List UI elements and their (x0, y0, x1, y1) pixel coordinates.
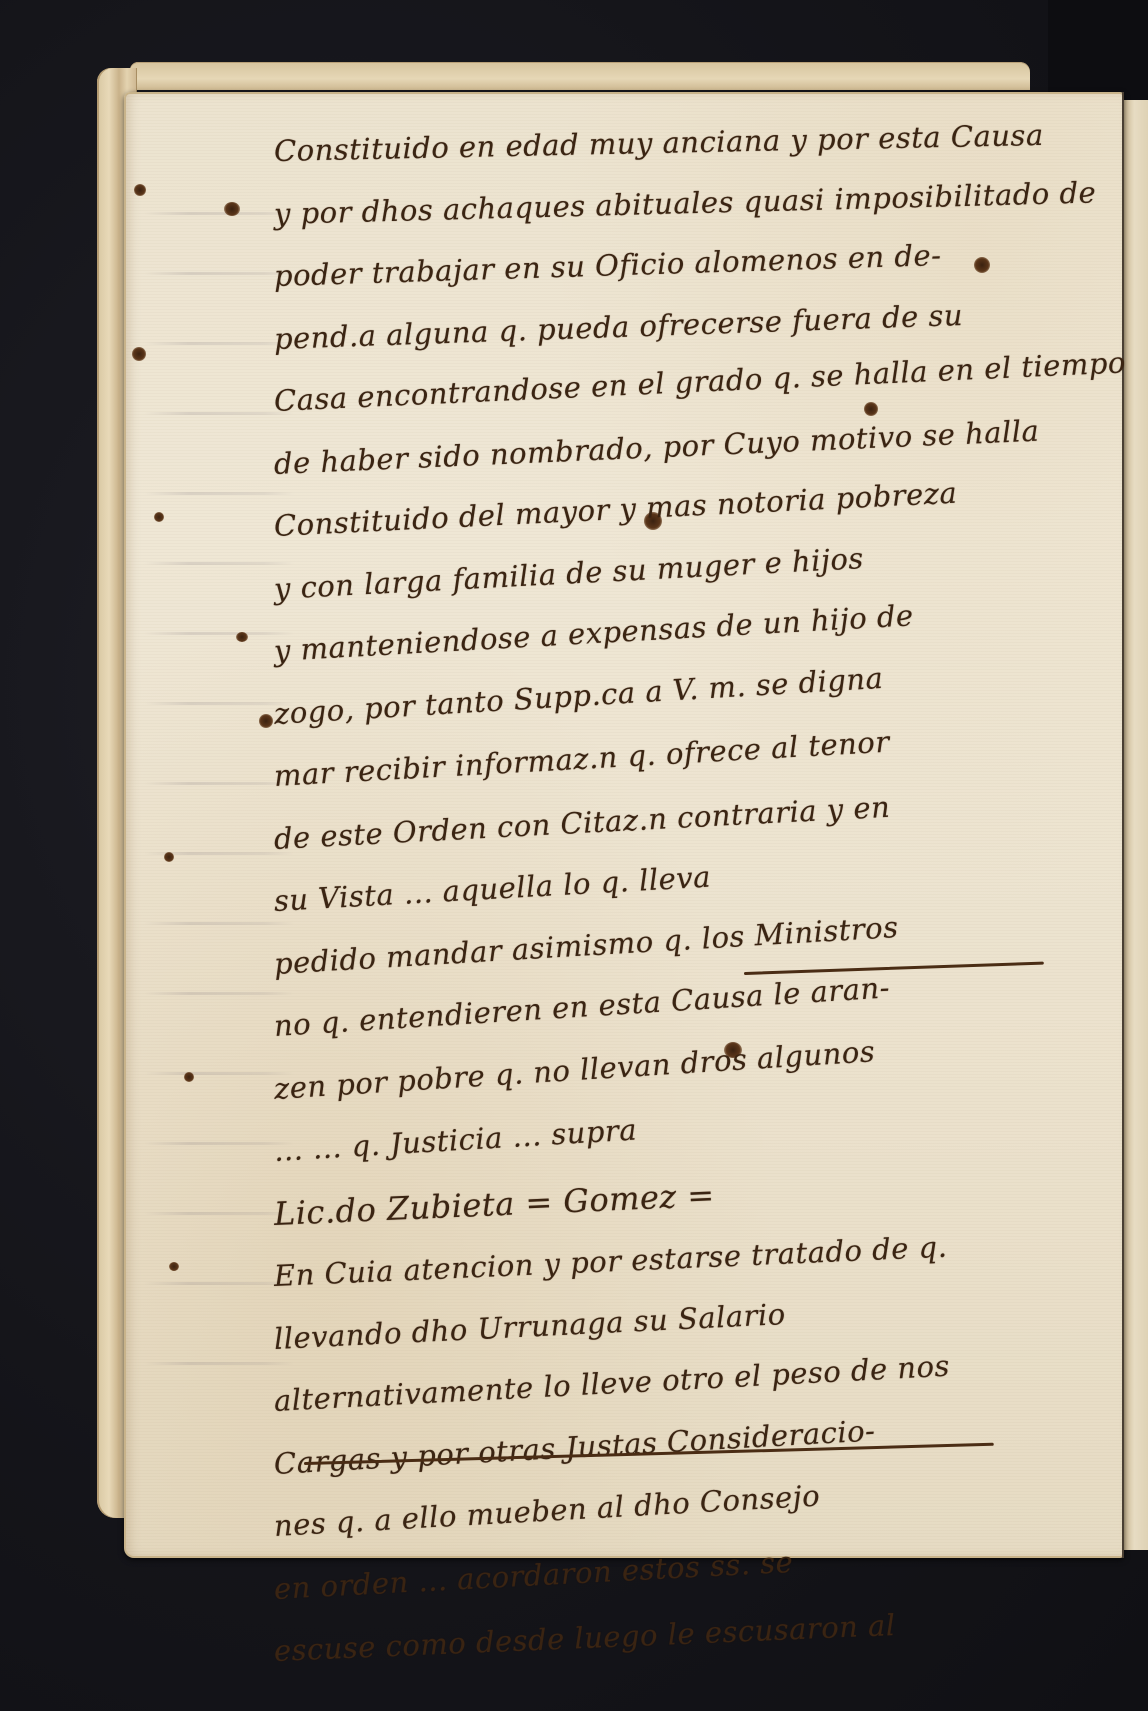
show-through-writing (144, 342, 294, 345)
ink-blot (164, 852, 174, 862)
show-through-writing (144, 702, 294, 705)
show-through-writing (144, 212, 294, 215)
show-through-writing (144, 782, 294, 785)
ink-blot (224, 202, 240, 216)
show-through-writing (144, 1072, 294, 1075)
ink-blot (169, 1262, 179, 1271)
show-through-writing (144, 632, 294, 635)
show-through-writing (144, 562, 294, 565)
manuscript-text: Constituido en edad muy anciana y por es… (274, 120, 1114, 1683)
ink-blot (184, 1072, 194, 1082)
show-through-writing (144, 412, 294, 415)
stacked-page-edge-top (130, 62, 1030, 90)
ink-blot (259, 714, 273, 728)
ink-blot (134, 184, 146, 196)
show-through-writing (144, 1142, 294, 1145)
ink-blot (236, 632, 248, 642)
show-through-writing (144, 1212, 294, 1215)
show-through-writing (144, 272, 294, 275)
ink-blot (154, 512, 164, 522)
show-through-writing (144, 922, 294, 925)
gutter-fold (1122, 92, 1124, 1558)
show-through-writing (144, 1282, 294, 1285)
manuscript-leaf: Constituido en edad muy anciana y por es… (124, 92, 1124, 1558)
photo-background: Constituido en edad muy anciana y por es… (0, 0, 1148, 1711)
show-through-writing (144, 1362, 294, 1365)
ink-blot (132, 347, 146, 361)
adjacent-page-edge (1122, 100, 1148, 1550)
